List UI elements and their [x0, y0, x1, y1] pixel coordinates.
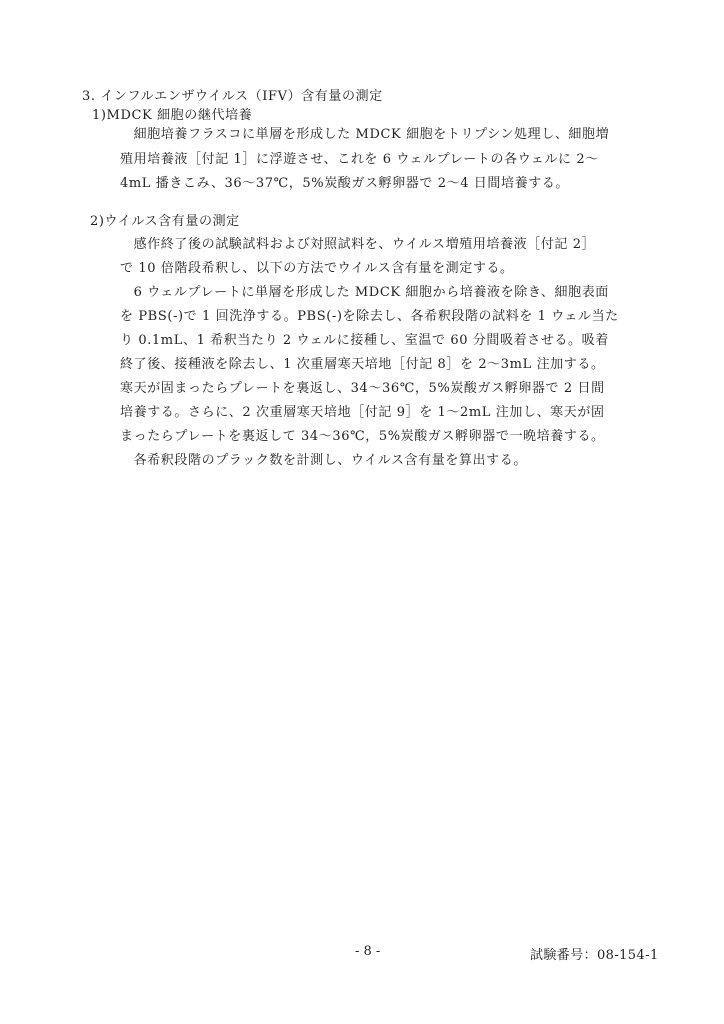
paragraph-line: 各希釈段階のプラック数を計測し、ウイルス含有量を算出する。	[120, 452, 527, 470]
paragraph-line: り 0.1mL、1 希釈当たり 2 ウェルに接種し、室温で 60 分間吸着させる…	[120, 332, 609, 350]
paragraph-line: を PBS(-)で 1 回洗浄する。PBS(-)を除去し、各希釈段階の試料を 1…	[120, 308, 619, 326]
paragraph-line: 細胞培養フラスコに単層を形成した MDCK 細胞をトリプシン処理し、細胞増	[120, 126, 609, 144]
paragraph-line: 殖用培養液［付記 1］に浮遊させ、これを 6 ウェルプレートの各ウェルに 2～	[120, 151, 599, 169]
paragraph-line: で 10 倍階段希釈し、以下の方法でウイルス含有量を測定する。	[120, 260, 514, 278]
paragraph-line: 感作終了後の試験試料および対照試料を、ウイルス増殖用培養液［付記 2］	[120, 236, 595, 254]
page-number: - 8 -	[355, 944, 380, 959]
paragraph-line: 寒天が固まったらプレートを裏返し、34～36℃，5%炭酸ガス孵卵器で 2 日間	[120, 380, 605, 398]
section-title: 3. インフルエンザウイルス（IFV）含有量の測定	[82, 88, 383, 106]
paragraph-line: 培養する。さらに、2 次重層寒天培地［付記 9］を 1～2mL 注加し、寒天が固	[120, 404, 605, 422]
test-number: 試験番号：08-154-1	[530, 944, 659, 963]
subsection-heading-1: 1)MDCK 細胞の継代培養	[92, 107, 252, 125]
paragraph-line: まったらプレートを裏返して 34～36℃，5%炭酸ガス孵卵器で一晩培養する。	[120, 428, 605, 446]
paragraph-line: 4mL 播きこみ、36～37℃，5%炭酸ガス孵卵器で 2～4 日間培養する。	[120, 175, 569, 193]
paragraph-line: 終了後、接種液を除去し、1 次重層寒天培地［付記 8］を 2～3mL 注加する。	[120, 356, 605, 374]
subsection-heading-2: 2)ウイルス含有量の測定	[90, 213, 240, 231]
paragraph-line: 6 ウェルプレートに単層を形成した MDCK 細胞から培養液を除き、細胞表面	[120, 284, 609, 302]
document-page: 3. インフルエンザウイルス（IFV）含有量の測定 1)MDCK 細胞の継代培養…	[0, 0, 724, 1024]
